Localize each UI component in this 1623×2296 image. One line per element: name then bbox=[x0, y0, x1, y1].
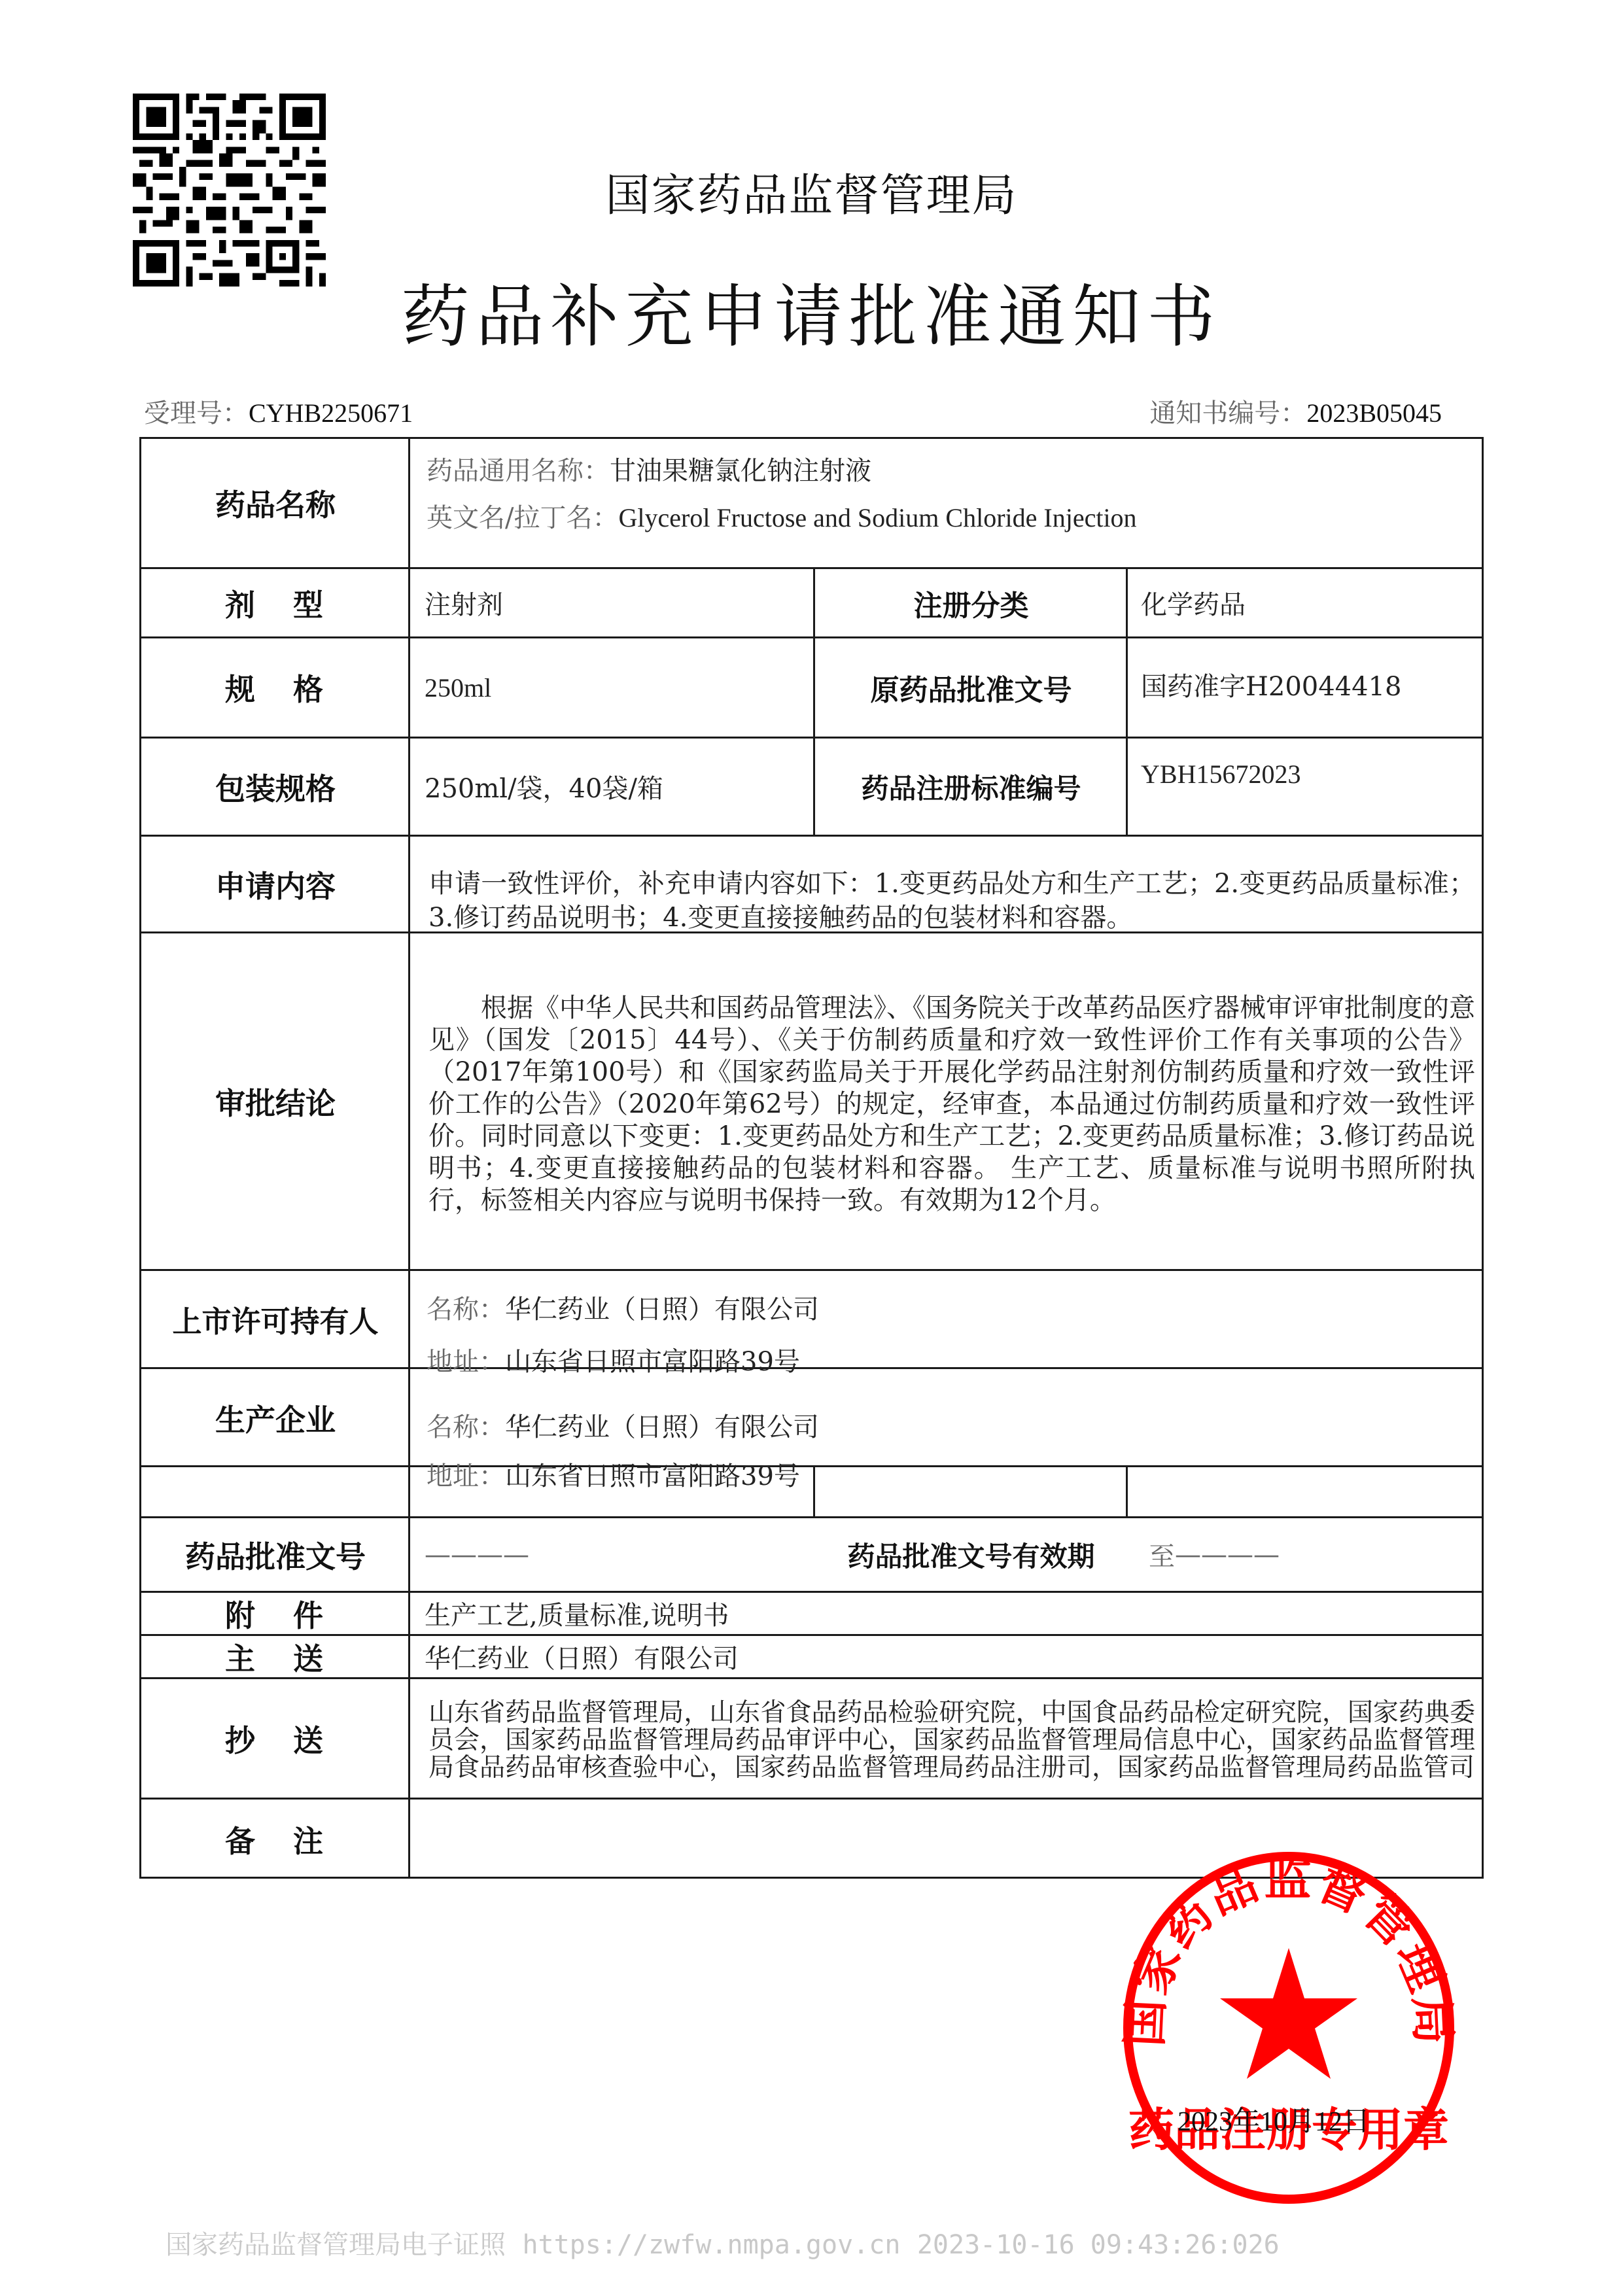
notice-number: 通知书编号：2023B05045 bbox=[1149, 392, 1442, 430]
application-content-value: 申请一致性评价，补充申请内容如下：1.变更药品处方和生产工艺；2.变更药品质量标… bbox=[428, 867, 1475, 935]
mah-name-line: 名称：华仁药业（日照）有限公司 bbox=[427, 1289, 819, 1326]
generic-name-line: 药品通用名称：甘油果糖氯化钠注射液 bbox=[427, 450, 871, 487]
dosage-form-label: 剂型 bbox=[141, 569, 410, 636]
approval-number-value: ———— bbox=[410, 1518, 813, 1591]
remarks-label-char: 注 bbox=[293, 1818, 323, 1861]
english-name-line: 英文名/拉丁名：Glycerol Fructose and Sodium Chl… bbox=[427, 497, 1137, 534]
remarks-label: 备注 bbox=[141, 1800, 410, 1879]
attachments-label-char: 附 bbox=[225, 1592, 255, 1635]
acceptance-number: 受理号：CYHB2250671 bbox=[144, 392, 413, 430]
attachments-value: 生产工艺,质量标准,说明书 bbox=[410, 1593, 1483, 1634]
specification-label-char: 格 bbox=[293, 666, 323, 709]
original-approval-number-label: 原药品批准文号 bbox=[815, 638, 1127, 737]
footer-url[interactable]: https://zwfw.nmpa.gov.cn bbox=[522, 2230, 900, 2260]
approval-validity-label: 药品批准文号有效期 bbox=[815, 1518, 1127, 1591]
manufacturer-name-label: 名称： bbox=[427, 1412, 505, 1442]
mah-address-label: 地址： bbox=[427, 1347, 505, 1377]
registration-category-value: 化学药品 bbox=[1128, 569, 1484, 636]
manufacturer-label: 生产企业 bbox=[141, 1369, 410, 1467]
column-divider bbox=[1126, 1465, 1128, 1516]
footer-timestamp: 2023-10-16 09:43:26:026 bbox=[917, 2230, 1280, 2260]
attachments-label: 附件 bbox=[141, 1593, 410, 1634]
approval-conclusion-label: 审批结论 bbox=[141, 933, 410, 1269]
main-recipient-label-char: 送 bbox=[293, 1635, 323, 1679]
approval-conclusion-value: 根据《中华人民共和国药品管理法》、《国务院关于改革药品医疗器械审评审批制度的意见… bbox=[428, 992, 1475, 1217]
approval-validity-prefix: 至 bbox=[1149, 1536, 1175, 1573]
dosage-form-label-char: 型 bbox=[293, 582, 323, 625]
manufacturer-address-value: 山东省日照市富阳路39号 bbox=[505, 1461, 800, 1491]
manufacturer-name-value: 华仁药业（日照）有限公司 bbox=[505, 1412, 819, 1442]
footer-e-license: 国家药品监督管理局电子证照 https://zwfw.nmpa.gov.cn 2… bbox=[166, 2224, 1280, 2261]
footer-label: 国家药品监督管理局电子证照 bbox=[166, 2230, 506, 2260]
dosage-form-value: 注射剂 bbox=[410, 569, 813, 636]
notice-number-label: 通知书编号： bbox=[1149, 398, 1306, 428]
document-title: 药品补充申请批准通知书 bbox=[0, 262, 1623, 360]
approval-validity-dashes: ———— bbox=[1175, 1540, 1280, 1570]
registration-standard-value: YBH15672023 bbox=[1128, 759, 1484, 811]
main-recipient-value: 华仁药业（日照）有限公司 bbox=[410, 1636, 1483, 1677]
registration-standard-label: 药品注册标准编号 bbox=[815, 739, 1127, 835]
package-spec-value: 250ml/袋，40袋/箱 bbox=[410, 739, 813, 835]
english-name-label: 英文名/拉丁名： bbox=[427, 503, 618, 533]
specification-label-char: 规 bbox=[225, 666, 255, 709]
generic-name-label: 药品通用名称： bbox=[427, 456, 610, 486]
mah-address-line: 地址：山东省日照市富阳路39号 bbox=[427, 1341, 800, 1378]
cc-value: 山东省药品监督管理局，山东省食品药品检验研究院，中国食品药品检定研究院，国家药典… bbox=[428, 1699, 1475, 1782]
approval-number-label: 药品批准文号 bbox=[141, 1518, 410, 1591]
manufacturer-address-label: 地址： bbox=[427, 1461, 505, 1491]
mah-name-label: 名称： bbox=[427, 1295, 505, 1325]
generic-name-value: 甘油果糖氯化钠注射液 bbox=[610, 456, 871, 486]
registration-category-label: 注册分类 bbox=[815, 569, 1127, 636]
acceptance-number-label: 受理号： bbox=[144, 398, 249, 428]
dosage-form-label-char: 剂 bbox=[225, 582, 255, 625]
acceptance-number-value: CYHB2250671 bbox=[249, 398, 413, 428]
main-recipient-label: 主送 bbox=[141, 1636, 410, 1677]
manufacturer-address-line: 地址：山东省日照市富阳路39号 bbox=[427, 1455, 800, 1493]
cc-label: 抄送 bbox=[141, 1679, 410, 1798]
main-recipient-label-char: 主 bbox=[225, 1635, 255, 1679]
column-divider bbox=[813, 1465, 815, 1516]
agency-name: 国家药品监督管理局 bbox=[0, 160, 1623, 224]
application-content-label: 申请内容 bbox=[141, 837, 410, 931]
english-name-value: Glycerol Fructose and Sodium Chloride In… bbox=[618, 503, 1136, 532]
mah-address-value: 山东省日照市富阳路39号 bbox=[505, 1347, 800, 1377]
marketing-authorization-holder-label: 上市许可持有人 bbox=[141, 1271, 410, 1367]
specification-label: 规格 bbox=[141, 638, 410, 737]
manufacturer-name-line: 名称：华仁药业（日照）有限公司 bbox=[427, 1406, 819, 1444]
star-icon bbox=[1220, 1948, 1357, 2079]
remarks-label-char: 备 bbox=[225, 1818, 255, 1861]
notice-number-value: 2023B05045 bbox=[1306, 398, 1442, 428]
official-seal-stamp: 国家药品监督管理局 药品注册专用章 bbox=[1121, 1850, 1457, 2206]
mah-name-value: 华仁药业（日照）有限公司 bbox=[505, 1295, 819, 1325]
cc-label-char: 送 bbox=[293, 1717, 323, 1760]
drug-name-label: 药品名称 bbox=[141, 438, 410, 567]
approval-validity-value: 至———— bbox=[1128, 1518, 1484, 1591]
package-spec-label: 包装规格 bbox=[141, 739, 410, 835]
original-approval-number-value: 国药准字H20044418 bbox=[1128, 638, 1484, 730]
attachments-label-char: 件 bbox=[293, 1592, 323, 1635]
issue-date: 2023年10月12日 bbox=[1178, 2100, 1370, 2139]
specification-value: 250ml bbox=[410, 638, 813, 737]
cc-label-char: 抄 bbox=[225, 1717, 255, 1760]
